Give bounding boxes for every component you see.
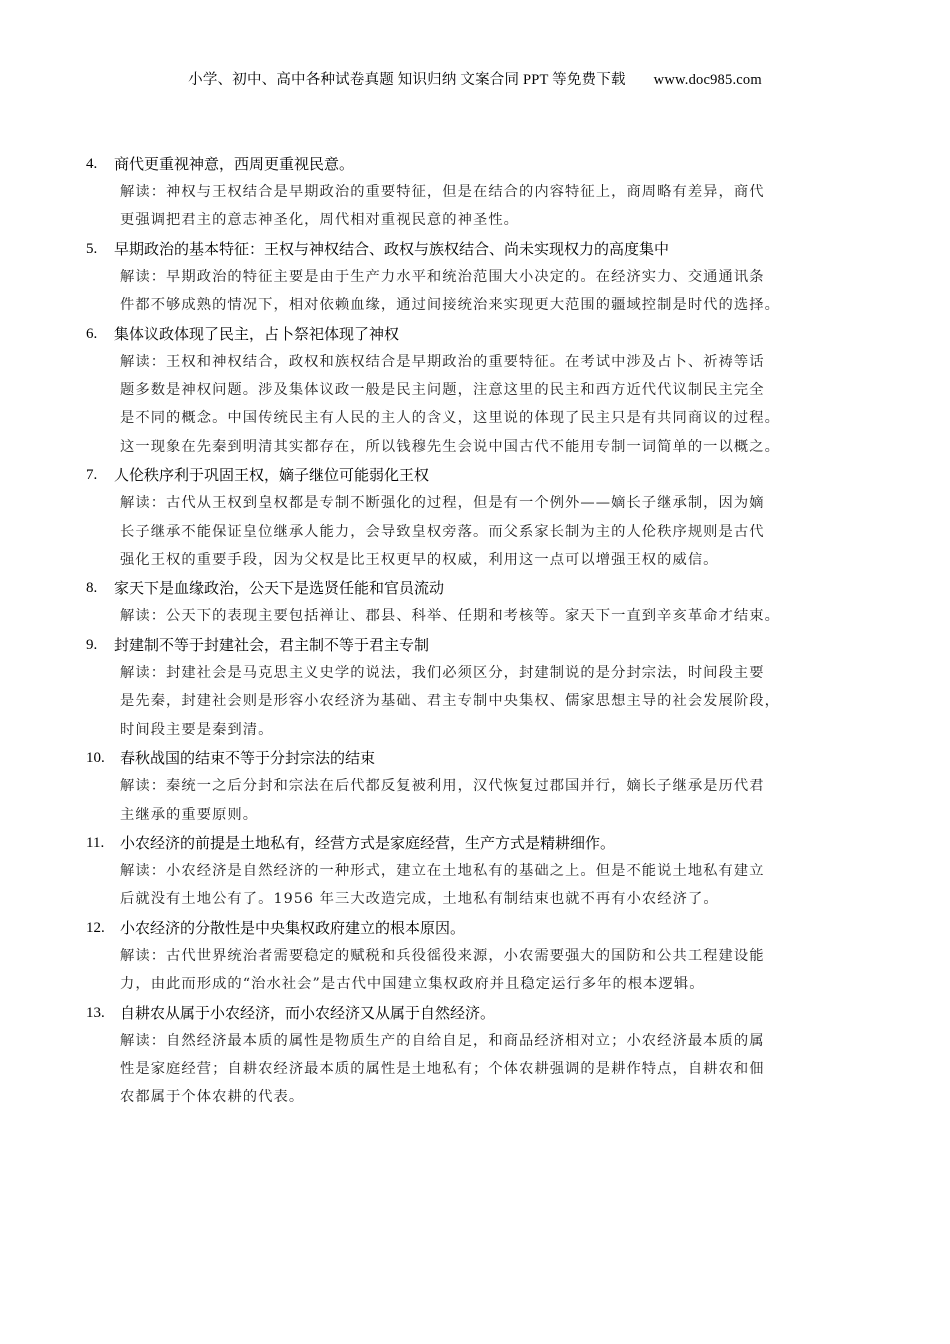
header-url: www.doc985.com <box>654 72 762 88</box>
item-heading: 7.人伦秩序利于巩固王权，嫡子继位可能弱化王权 <box>86 461 886 489</box>
explanation-line: 解读：秦统一之后分封和宗法在后代都反复被利用，汉代恢复过郡国并行，嫡长子继承是历… <box>120 772 886 800</box>
item-explanation: 解读：王权和神权结合，政权和族权结合是早期政治的重要特征。在考试中涉及占卜、祈祷… <box>120 348 886 462</box>
item-title: 春秋战国的结束不等于分封宗法的结束 <box>120 744 375 772</box>
item-heading: 12.小农经济的分散性是中央集权政府建立的根本原因。 <box>86 914 886 942</box>
explanation-line: 解读：神权与王权结合是早期政治的重要特征，但是在结合的内容特征上，商周略有差异，… <box>120 178 886 206</box>
explanation-line: 解读：古代从王权到皇权都是专制不断强化的过程，但是有一个例外——嫡长子继承制，因… <box>120 489 886 517</box>
item-title: 封建制不等于封建社会，君主制不等于君主专制 <box>114 631 429 659</box>
item-heading: 9.封建制不等于封建社会，君主制不等于君主专制 <box>86 631 886 659</box>
list-item: 10.春秋战国的结束不等于分封宗法的结束解读：秦统一之后分封和宗法在后代都反复被… <box>86 744 886 829</box>
explanation-line: 强化王权的重要手段，因为父权是比王权更早的权威，利用这一点可以增强王权的威信。 <box>120 546 886 574</box>
explanation-line: 解读：王权和神权结合，政权和族权结合是早期政治的重要特征。在考试中涉及占卜、祈祷… <box>120 348 886 376</box>
explanation-line: 是不同的概念。中国传统民主有人民的主人的含义，这里说的体现了民主只是有共同商议的… <box>120 404 886 432</box>
item-heading: 6.集体议政体现了民主，占卜祭祀体现了神权 <box>86 320 886 348</box>
item-number: 13. <box>86 999 120 1027</box>
document-body: 4.商代更重视神意，西周更重视民意。解读：神权与王权结合是早期政治的重要特征，但… <box>86 150 886 1112</box>
item-explanation: 解读：神权与王权结合是早期政治的重要特征，但是在结合的内容特征上，商周略有差异，… <box>120 178 886 235</box>
item-number: 8. <box>86 574 114 602</box>
item-explanation: 解读：小农经济是自然经济的一种形式，建立在土地私有的基础之上。但是不能说土地私有… <box>120 857 886 914</box>
list-item: 9.封建制不等于封建社会，君主制不等于君主专制解读：封建社会是马克思主义史学的说… <box>86 631 886 744</box>
list-item: 11.小农经济的前提是土地私有，经营方式是家庭经营，生产方式是精耕细作。解读：小… <box>86 829 886 914</box>
list-item: 8.家天下是血缘政治，公天下是选贤任能和官员流动解读：公天下的表现主要包括禅让、… <box>86 574 886 630</box>
list-item: 13.自耕农从属于小农经济，而小农经济又从属于自然经济。解读：自然经济最本质的属… <box>86 999 886 1112</box>
item-number: 7. <box>86 461 114 489</box>
explanation-line: 解读：古代世界统治者需要稳定的赋税和兵役徭役来源，小农需要强大的国防和公共工程建… <box>120 942 886 970</box>
explanation-line: 后就没有土地公有了。1956 年三大改造完成，土地私有制结束也就不再有小农经济了… <box>120 885 886 913</box>
item-number: 4. <box>86 150 114 178</box>
header-text: 小学、初中、高中各种试卷真题 知识归纳 文案合同 PPT 等免费下载 <box>188 72 626 88</box>
item-explanation: 解读：公天下的表现主要包括禅让、郡县、科举、任期和考核等。家天下一直到辛亥革命才… <box>120 602 886 630</box>
item-title: 家天下是血缘政治，公天下是选贤任能和官员流动 <box>114 574 444 602</box>
item-title: 小农经济的前提是土地私有，经营方式是家庭经营，生产方式是精耕细作。 <box>120 829 615 857</box>
item-title: 小农经济的分散性是中央集权政府建立的根本原因。 <box>120 914 465 942</box>
item-title: 人伦秩序利于巩固王权，嫡子继位可能弱化王权 <box>114 461 429 489</box>
item-explanation: 解读：古代世界统治者需要稳定的赋税和兵役徭役来源，小农需要强大的国防和公共工程建… <box>120 942 886 999</box>
item-heading: 4.商代更重视神意，西周更重视民意。 <box>86 150 886 178</box>
explanation-line: 件都不够成熟的情况下，相对依赖血缘，通过间接统治来实现更大范围的疆域控制是时代的… <box>120 291 886 319</box>
item-title: 集体议政体现了民主，占卜祭祀体现了神权 <box>114 320 399 348</box>
item-heading: 13.自耕农从属于小农经济，而小农经济又从属于自然经济。 <box>86 999 886 1027</box>
item-explanation: 解读：封建社会是马克思主义史学的说法，我们必须区分，封建制说的是分封宗法，时间段… <box>120 659 886 744</box>
explanation-line: 力，由此而形成的“治水社会”是古代中国建立集权政府并且稳定运行多年的根本逻辑。 <box>120 970 886 998</box>
item-number: 11. <box>86 829 120 857</box>
explanation-line: 长子继承不能保证皇位继承人能力，会导致皇权旁落。而父系家长制为主的人伦秩序规则是… <box>120 518 886 546</box>
item-number: 12. <box>86 914 120 942</box>
item-title: 商代更重视神意，西周更重视民意。 <box>114 150 354 178</box>
item-number: 5. <box>86 235 114 263</box>
list-item: 12.小农经济的分散性是中央集权政府建立的根本原因。解读：古代世界统治者需要稳定… <box>86 914 886 999</box>
explanation-line: 时间段主要是秦到清。 <box>120 716 886 744</box>
item-title: 自耕农从属于小农经济，而小农经济又从属于自然经济。 <box>120 999 495 1027</box>
list-item: 7.人伦秩序利于巩固王权，嫡子继位可能弱化王权解读：古代从王权到皇权都是专制不断… <box>86 461 886 574</box>
explanation-line: 解读：自然经济最本质的属性是物质生产的自给自足，和商品经济相对立；小农经济最本质… <box>120 1027 886 1055</box>
page-header: 小学、初中、高中各种试卷真题 知识归纳 文案合同 PPT 等免费下载www.do… <box>0 68 950 89</box>
list-item: 4.商代更重视神意，西周更重视民意。解读：神权与王权结合是早期政治的重要特征，但… <box>86 150 886 235</box>
item-heading: 11.小农经济的前提是土地私有，经营方式是家庭经营，生产方式是精耕细作。 <box>86 829 886 857</box>
list-item: 6.集体议政体现了民主，占卜祭祀体现了神权解读：王权和神权结合，政权和族权结合是… <box>86 320 886 462</box>
item-number: 6. <box>86 320 114 348</box>
item-explanation: 解读：早期政治的特征主要是由于生产力水平和统治范围大小决定的。在经济实力、交通通… <box>120 263 886 320</box>
explanation-line: 这一现象在先秦到明清其实都存在，所以钱穆先生会说中国古代不能用专制一词简单的一以… <box>120 433 886 461</box>
item-explanation: 解读：古代从王权到皇权都是专制不断强化的过程，但是有一个例外——嫡长子继承制，因… <box>120 489 886 574</box>
explanation-line: 农都属于个体农耕的代表。 <box>120 1083 886 1111</box>
item-number: 10. <box>86 744 120 772</box>
list-item: 5.早期政治的基本特征：王权与神权结合、政权与族权结合、尚未实现权力的高度集中解… <box>86 235 886 320</box>
explanation-line: 解读：封建社会是马克思主义史学的说法，我们必须区分，封建制说的是分封宗法，时间段… <box>120 659 886 687</box>
explanation-line: 性是家庭经营；自耕农经济最本质的属性是土地私有；个体农耕强调的是耕作特点，自耕农… <box>120 1055 886 1083</box>
item-number: 9. <box>86 631 114 659</box>
item-explanation: 解读：自然经济最本质的属性是物质生产的自给自足，和商品经济相对立；小农经济最本质… <box>120 1027 886 1112</box>
explanation-line: 主继承的重要原则。 <box>120 801 886 829</box>
item-heading: 8.家天下是血缘政治，公天下是选贤任能和官员流动 <box>86 574 886 602</box>
explanation-line: 是先秦，封建社会则是形容小农经济为基础、君主专制中央集权、儒家思想主导的社会发展… <box>120 687 886 715</box>
explanation-line: 解读：小农经济是自然经济的一种形式，建立在土地私有的基础之上。但是不能说土地私有… <box>120 857 886 885</box>
item-heading: 10.春秋战国的结束不等于分封宗法的结束 <box>86 744 886 772</box>
explanation-line: 更强调把君主的意志神圣化，周代相对重视民意的神圣性。 <box>120 206 886 234</box>
item-title: 早期政治的基本特征：王权与神权结合、政权与族权结合、尚未实现权力的高度集中 <box>114 235 669 263</box>
item-explanation: 解读：秦统一之后分封和宗法在后代都反复被利用，汉代恢复过郡国并行，嫡长子继承是历… <box>120 772 886 829</box>
explanation-line: 题多数是神权问题。涉及集体议政一般是民主问题，注意这里的民主和西方近代代议制民主… <box>120 376 886 404</box>
explanation-line: 解读：公天下的表现主要包括禅让、郡县、科举、任期和考核等。家天下一直到辛亥革命才… <box>120 602 886 630</box>
item-heading: 5.早期政治的基本特征：王权与神权结合、政权与族权结合、尚未实现权力的高度集中 <box>86 235 886 263</box>
explanation-line: 解读：早期政治的特征主要是由于生产力水平和统治范围大小决定的。在经济实力、交通通… <box>120 263 886 291</box>
